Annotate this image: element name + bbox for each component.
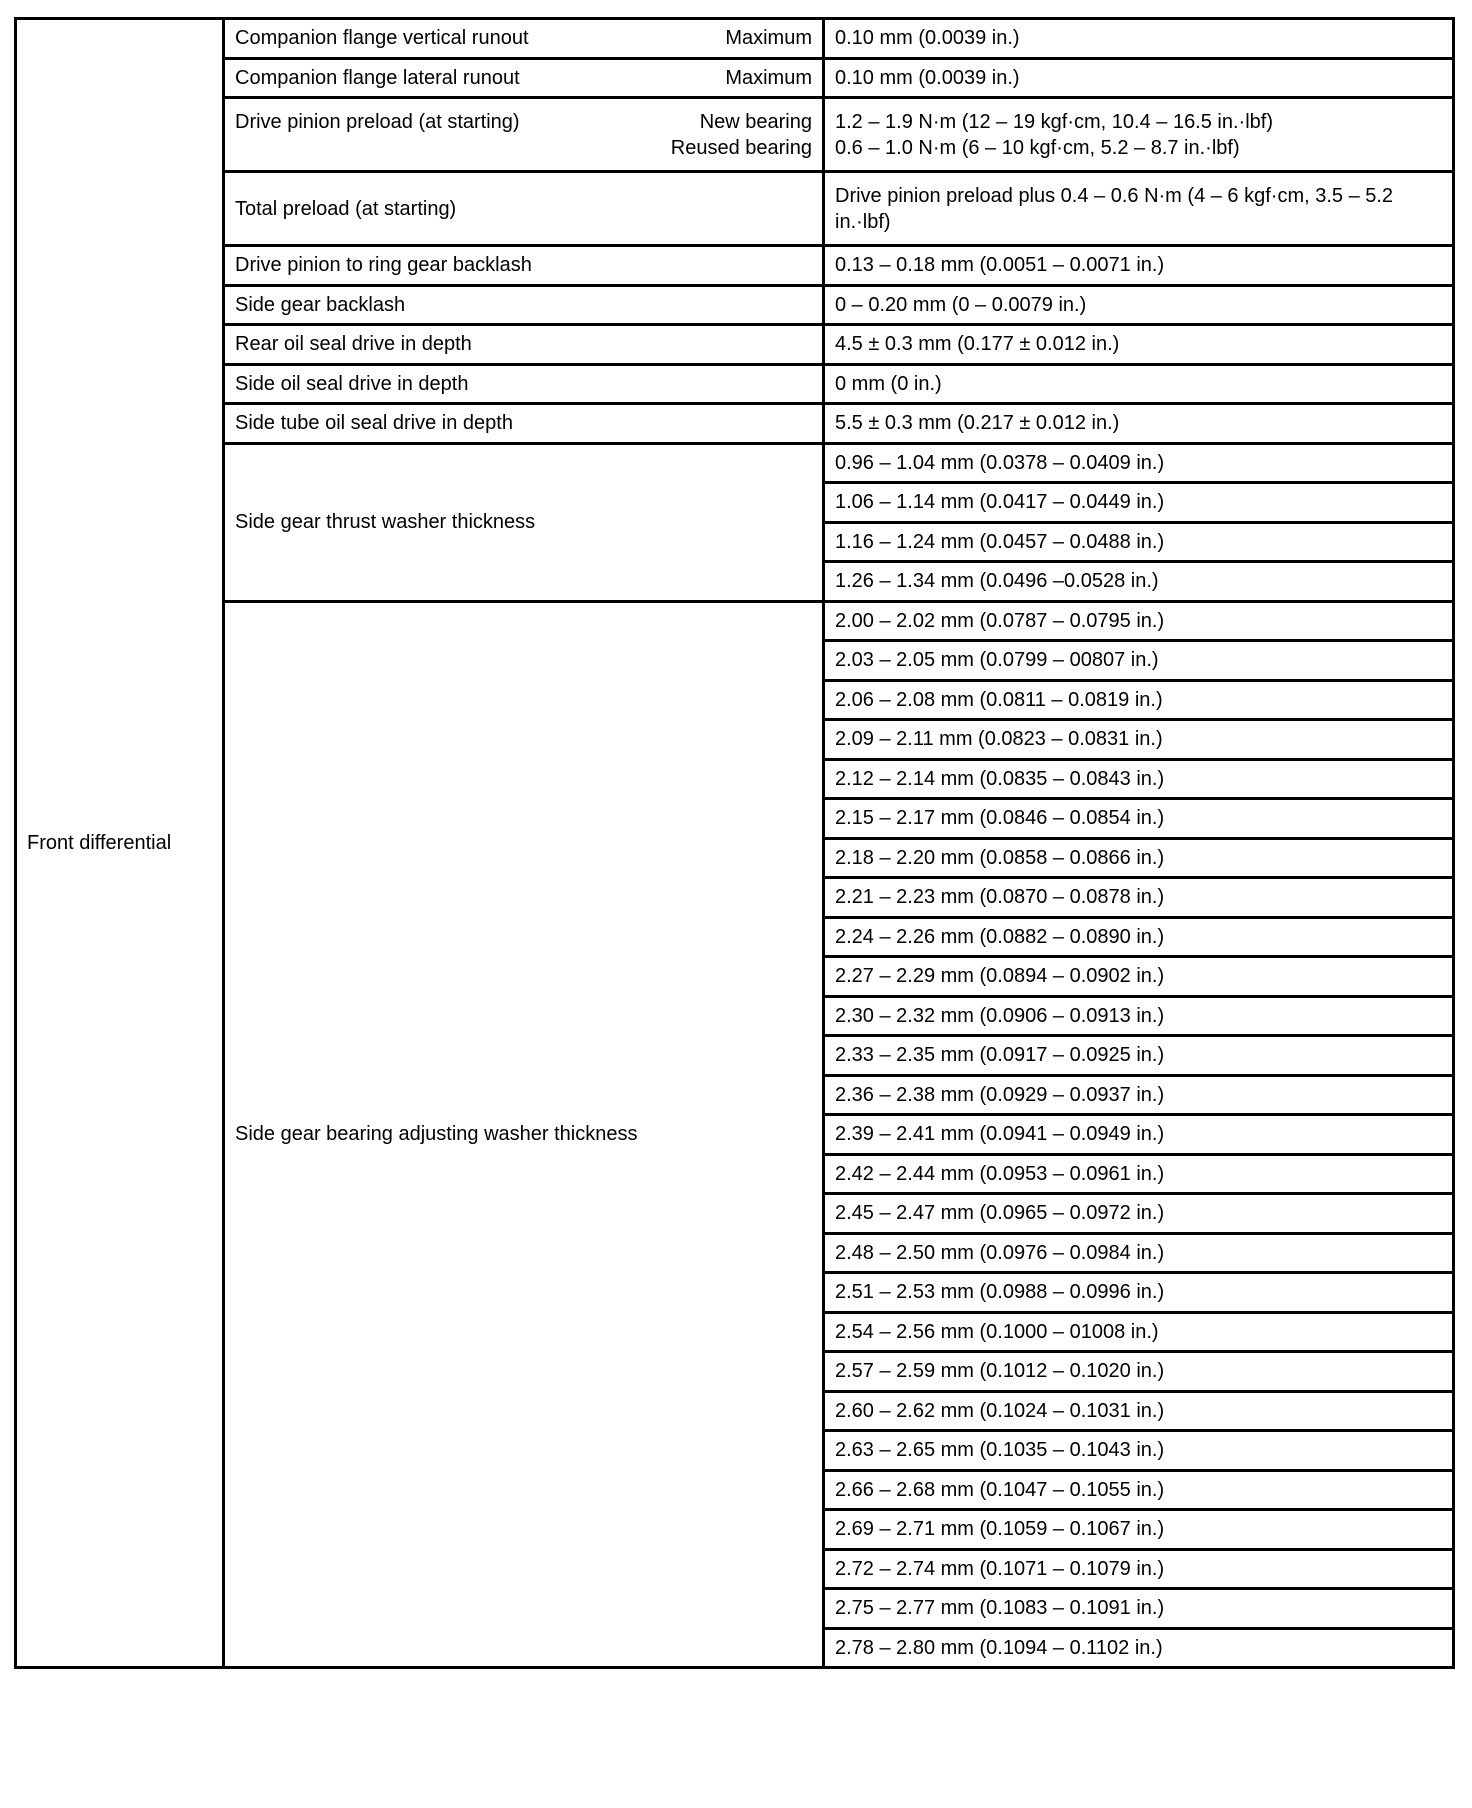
spec-value: 0 – 0.20 mm (0 – 0.0079 in.)	[835, 294, 1086, 316]
table-row: Side gear bearing adjusting washer thick…	[16, 601, 1454, 641]
spec-value: 0 mm (0 in.)	[835, 373, 942, 395]
spec-value-cell: 2.36 – 2.38 mm (0.0929 – 0.0937 in.)	[824, 1075, 1454, 1115]
spec-label: Rear oil seal drive in depth	[235, 333, 472, 355]
spec-value-cell: 2.12 – 2.14 mm (0.0835 – 0.0843 in.)	[824, 759, 1454, 799]
spec-value: 0.96 – 1.04 mm (0.0378 – 0.0409 in.)	[835, 452, 1164, 474]
spec-value-cell: 2.48 – 2.50 mm (0.0976 – 0.0984 in.)	[824, 1233, 1454, 1273]
spec-value-cell: 2.09 – 2.11 mm (0.0823 – 0.0831 in.)	[824, 720, 1454, 760]
spec-value-cell: 2.39 – 2.41 mm (0.0941 – 0.0949 in.)	[824, 1115, 1454, 1155]
spec-value-cell: 2.33 – 2.35 mm (0.0917 – 0.0925 in.)	[824, 1036, 1454, 1076]
spec-value-cell: 1.16 – 1.24 mm (0.0457 – 0.0488 in.)	[824, 522, 1454, 562]
spec-value: 2.57 – 2.59 mm (0.1012 – 0.1020 in.)	[835, 1360, 1164, 1382]
spec-label: Total preload (at starting)	[235, 198, 456, 220]
spec-qualifier: Reused bearing	[671, 135, 812, 161]
spec-value-cell: 4.5 ± 0.3 mm (0.177 ± 0.012 in.)	[824, 325, 1454, 365]
spec-value-cell: 2.75 – 2.77 mm (0.1083 – 0.1091 in.)	[824, 1589, 1454, 1629]
spec-label-cell: Total preload (at starting)	[224, 172, 824, 246]
table-row: Side tube oil seal drive in depth 5.5 ± …	[16, 404, 1454, 444]
spec-value-cell: 2.66 – 2.68 mm (0.1047 – 0.1055 in.)	[824, 1470, 1454, 1510]
spec-value-cell: 5.5 ± 0.3 mm (0.217 ± 0.012 in.)	[824, 404, 1454, 444]
spec-value-cell: 2.03 – 2.05 mm (0.0799 – 00807 in.)	[824, 641, 1454, 681]
spec-value-cell: 2.30 – 2.32 mm (0.0906 – 0.0913 in.)	[824, 996, 1454, 1036]
spec-label: Drive pinion to ring gear backlash	[235, 254, 532, 276]
table-row: Drive pinion to ring gear backlash 0.13 …	[16, 246, 1454, 286]
spec-qualifier: Maximum	[725, 25, 812, 51]
spec-label-cell: Drive pinion to ring gear backlash	[224, 246, 824, 286]
spec-value: 0.10 mm (0.0039 in.)	[835, 27, 1020, 49]
spec-label: Companion flange vertical runout	[235, 25, 529, 51]
spec-label: Side oil seal drive in depth	[235, 373, 468, 395]
table-row: Drive pinion preload (at starting) New b…	[16, 98, 1454, 172]
spec-value: 2.24 – 2.26 mm (0.0882 – 0.0890 in.)	[835, 926, 1164, 948]
spec-value-cell: 2.72 – 2.74 mm (0.1071 – 0.1079 in.)	[824, 1549, 1454, 1589]
spec-value: 5.5 ± 0.3 mm (0.217 ± 0.012 in.)	[835, 412, 1119, 434]
table-row: Total preload (at starting) Drive pinion…	[16, 172, 1454, 246]
spec-label-cell: Companion flange vertical runout Maximum	[224, 19, 824, 59]
spec-value-cell: 0 – 0.20 mm (0 – 0.0079 in.)	[824, 285, 1454, 325]
spec-value: 2.30 – 2.32 mm (0.0906 – 0.0913 in.)	[835, 1005, 1164, 1027]
spec-value-cell: 2.45 – 2.47 mm (0.0965 – 0.0972 in.)	[824, 1194, 1454, 1234]
spec-value: 2.15 – 2.17 mm (0.0846 – 0.0854 in.)	[835, 807, 1164, 829]
spec-value-cell: 2.42 – 2.44 mm (0.0953 – 0.0961 in.)	[824, 1154, 1454, 1194]
spec-value-cell: Drive pinion preload plus 0.4 – 0.6 N·m …	[824, 172, 1454, 246]
spec-value: 2.09 – 2.11 mm (0.0823 – 0.0831 in.)	[835, 728, 1163, 750]
spec-label: Side gear thrust washer thickness	[235, 511, 535, 533]
spec-value: 2.60 – 2.62 mm (0.1024 – 0.1031 in.)	[835, 1400, 1164, 1422]
spec-value: 2.18 – 2.20 mm (0.0858 – 0.0866 in.)	[835, 847, 1164, 869]
adjusting-washer-label-cell: Side gear bearing adjusting washer thick…	[224, 601, 824, 1668]
spec-value-cell: 2.21 – 2.23 mm (0.0870 – 0.0878 in.)	[824, 878, 1454, 918]
spec-value: 2.03 – 2.05 mm (0.0799 – 00807 in.)	[835, 649, 1159, 671]
spec-value: 2.54 – 2.56 mm (0.1000 – 01008 in.)	[835, 1321, 1159, 1343]
table-row: Companion flange lateral runout Maximum …	[16, 58, 1454, 98]
spec-value-cell: 2.51 – 2.53 mm (0.0988 – 0.0996 in.)	[824, 1273, 1454, 1313]
spec-value: 1.2 – 1.9 N·m (12 – 19 kgf·cm, 10.4 – 16…	[835, 109, 1442, 135]
spec-value-cell: 2.78 – 2.80 mm (0.1094 – 0.1102 in.)	[824, 1628, 1454, 1668]
spec-value: 1.26 – 1.34 mm (0.0496 –0.0528 in.)	[835, 570, 1159, 592]
spec-value: 2.48 – 2.50 mm (0.0976 – 0.0984 in.)	[835, 1242, 1164, 1264]
spec-value-cell: 1.06 – 1.14 mm (0.0417 – 0.0449 in.)	[824, 483, 1454, 523]
spec-value-cell: 1.2 – 1.9 N·m (12 – 19 kgf·cm, 10.4 – 16…	[824, 98, 1454, 172]
spec-value: 2.36 – 2.38 mm (0.0929 – 0.0937 in.)	[835, 1084, 1164, 1106]
spec-value: 4.5 ± 0.3 mm (0.177 ± 0.012 in.)	[835, 333, 1119, 355]
spec-value-cell: 0.96 – 1.04 mm (0.0378 – 0.0409 in.)	[824, 443, 1454, 483]
spec-label-cell: Drive pinion preload (at starting) New b…	[224, 98, 824, 172]
spec-value-cell: 0.10 mm (0.0039 in.)	[824, 19, 1454, 59]
spec-value-cell: 2.69 – 2.71 mm (0.1059 – 0.1067 in.)	[824, 1510, 1454, 1550]
spec-label-cell: Companion flange lateral runout Maximum	[224, 58, 824, 98]
spec-value: 2.12 – 2.14 mm (0.0835 – 0.0843 in.)	[835, 768, 1164, 790]
spec-value: 2.66 – 2.68 mm (0.1047 – 0.1055 in.)	[835, 1479, 1164, 1501]
spec-qualifier: Maximum	[725, 65, 812, 91]
spec-value: 1.16 – 1.24 mm (0.0457 – 0.0488 in.)	[835, 531, 1164, 553]
spec-value: 2.27 – 2.29 mm (0.0894 – 0.0902 in.)	[835, 965, 1164, 987]
spec-label-cell: Side tube oil seal drive in depth	[224, 404, 824, 444]
spec-value-cell: 2.60 – 2.62 mm (0.1024 – 0.1031 in.)	[824, 1391, 1454, 1431]
spec-value-cell: 2.27 – 2.29 mm (0.0894 – 0.0902 in.)	[824, 957, 1454, 997]
spec-value: 0.13 – 0.18 mm (0.0051 – 0.0071 in.)	[835, 254, 1164, 276]
spec-value: 0.6 – 1.0 N·m (6 – 10 kgf·cm, 5.2 – 8.7 …	[835, 135, 1442, 161]
spec-label-cell: Rear oil seal drive in depth	[224, 325, 824, 365]
spec-label: Drive pinion preload (at starting)	[235, 109, 520, 135]
spec-value: 2.21 – 2.23 mm (0.0870 – 0.0878 in.)	[835, 886, 1164, 908]
spec-value: 0.10 mm (0.0039 in.)	[835, 67, 1020, 89]
spec-value-cell: 1.26 – 1.34 mm (0.0496 –0.0528 in.)	[824, 562, 1454, 602]
spec-value-cell: 0 mm (0 in.)	[824, 364, 1454, 404]
spec-value-cell: 2.57 – 2.59 mm (0.1012 – 0.1020 in.)	[824, 1352, 1454, 1392]
table-row: Side gear backlash 0 – 0.20 mm (0 – 0.00…	[16, 285, 1454, 325]
spec-value: 2.06 – 2.08 mm (0.0811 – 0.0819 in.)	[835, 689, 1163, 711]
spec-table: Front differential Companion flange vert…	[14, 17, 1455, 1669]
spec-value-cell: 2.06 – 2.08 mm (0.0811 – 0.0819 in.)	[824, 680, 1454, 720]
category-cell: Front differential	[16, 19, 224, 1668]
spec-label: Companion flange lateral runout	[235, 65, 520, 91]
spec-value: 2.00 – 2.02 mm (0.0787 – 0.0795 in.)	[835, 610, 1164, 632]
spec-label: Side tube oil seal drive in depth	[235, 412, 513, 434]
spec-value-cell: 2.15 – 2.17 mm (0.0846 – 0.0854 in.)	[824, 799, 1454, 839]
spec-label-cell: Side gear backlash	[224, 285, 824, 325]
spec-value: Drive pinion preload plus 0.4 – 0.6 N·m …	[835, 185, 1393, 233]
table-row: Front differential Companion flange vert…	[16, 19, 1454, 59]
spec-value: 2.69 – 2.71 mm (0.1059 – 0.1067 in.)	[835, 1518, 1164, 1540]
thrust-washer-label-cell: Side gear thrust washer thickness	[224, 443, 824, 601]
spec-value: 2.33 – 2.35 mm (0.0917 – 0.0925 in.)	[835, 1044, 1164, 1066]
spec-label-cell: Side oil seal drive in depth	[224, 364, 824, 404]
spec-value: 2.42 – 2.44 mm (0.0953 – 0.0961 in.)	[835, 1163, 1164, 1185]
spec-value-cell: 0.13 – 0.18 mm (0.0051 – 0.0071 in.)	[824, 246, 1454, 286]
spec-value-cell: 2.18 – 2.20 mm (0.0858 – 0.0866 in.)	[824, 838, 1454, 878]
table-row: Rear oil seal drive in depth 4.5 ± 0.3 m…	[16, 325, 1454, 365]
spec-value: 2.78 – 2.80 mm (0.1094 – 0.1102 in.)	[835, 1637, 1163, 1659]
spec-label: Side gear backlash	[235, 294, 405, 316]
spec-value-cell: 2.63 – 2.65 mm (0.1035 – 0.1043 in.)	[824, 1431, 1454, 1471]
spec-label: Side gear bearing adjusting washer thick…	[235, 1123, 637, 1145]
spec-value: 1.06 – 1.14 mm (0.0417 – 0.0449 in.)	[835, 491, 1164, 513]
spec-value-cell: 2.54 – 2.56 mm (0.1000 – 01008 in.)	[824, 1312, 1454, 1352]
spec-value: 2.45 – 2.47 mm (0.0965 – 0.0972 in.)	[835, 1202, 1164, 1224]
table-row: Side oil seal drive in depth 0 mm (0 in.…	[16, 364, 1454, 404]
spec-value-cell: 2.00 – 2.02 mm (0.0787 – 0.0795 in.)	[824, 601, 1454, 641]
spec-value-cell: 2.24 – 2.26 mm (0.0882 – 0.0890 in.)	[824, 917, 1454, 957]
spec-value: 2.39 – 2.41 mm (0.0941 – 0.0949 in.)	[835, 1123, 1164, 1145]
spec-value: 2.72 – 2.74 mm (0.1071 – 0.1079 in.)	[835, 1558, 1164, 1580]
spec-table-body: Front differential Companion flange vert…	[16, 19, 1454, 1668]
spec-value: 2.51 – 2.53 mm (0.0988 – 0.0996 in.)	[835, 1281, 1164, 1303]
spec-qualifier: New bearing	[671, 109, 812, 135]
table-row: Side gear thrust washer thickness0.96 – …	[16, 443, 1454, 483]
category-label: Front differential	[27, 832, 171, 854]
spec-value: 2.63 – 2.65 mm (0.1035 – 0.1043 in.)	[835, 1439, 1164, 1461]
spec-value-cell: 0.10 mm (0.0039 in.)	[824, 58, 1454, 98]
spec-value: 2.75 – 2.77 mm (0.1083 – 0.1091 in.)	[835, 1597, 1164, 1619]
